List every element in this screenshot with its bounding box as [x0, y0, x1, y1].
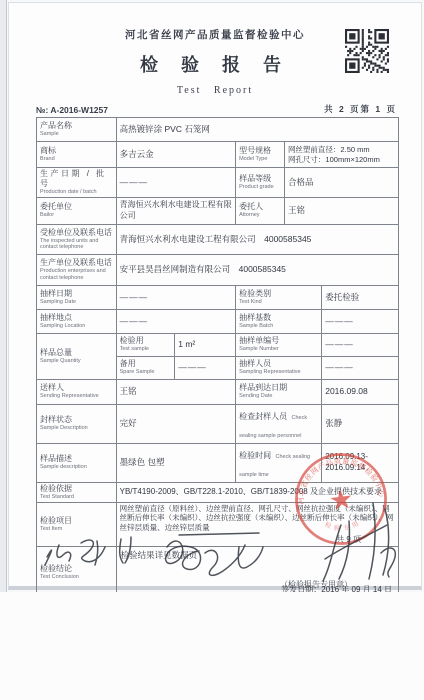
value-seal-checker: 张静 [322, 404, 399, 443]
label-sampling-rep: 抽样人员 Sampling Representative [236, 356, 322, 379]
label-production-date: 生产日期 / 批号 Production date / batch [37, 168, 117, 198]
value-sample-desc: 墨绿色 包塑 [116, 443, 235, 482]
table-row: 生产单位及联系电话 Production enterprises and con… [37, 254, 399, 285]
label-seal-state: 封样状态 Sample Description [37, 404, 117, 443]
table-row: 样品描述 Sample description 墨绿色 包塑 检验时间 Chec… [37, 443, 399, 482]
value-grade: 合格品 [284, 168, 398, 198]
label-brand: 商标 Brand [37, 142, 117, 168]
value-sampling-rep: ——— [322, 356, 399, 379]
label-spare-sample: 备用 Spare Sample [116, 356, 175, 379]
label-sample-batch: 抽样基数 Sample Batch [236, 309, 322, 333]
label-model: 型号规格 Model Type [236, 142, 285, 168]
label-inspected-unit: 受检单位及联系电话 The inspected units and contac… [37, 224, 117, 254]
value-model: 网丝塑前直径：2.50 mm 网孔尺寸：100mm×120mm [284, 142, 398, 168]
label-sampling-date: 抽样日期 Sampling Date [37, 285, 117, 309]
label-producer-unit: 生产单位及联系电话 Production enterprises and con… [37, 254, 117, 285]
value-sample: 高热镀锌涂 PVC 石笼网 [116, 118, 398, 142]
value-producer-unit: 安平县昊昌丝网制造有限公司 4000585345 [116, 254, 398, 285]
label-sending-date: 样品到达日期 Sending Date [236, 379, 322, 404]
value-check-time: 2016.09.13-2016.09.14 [322, 443, 399, 482]
value-sample-batch: ——— [322, 309, 399, 333]
qr-code [345, 29, 389, 73]
table-row: 商标 Brand 多吉云金 型号规格 Model Type 网丝塑前直径：2.5… [37, 142, 399, 168]
report-subtitle: Test Report [9, 85, 421, 96]
value-seal-state: 完好 [116, 404, 235, 443]
test-item-count: 共 9 项 [120, 534, 395, 545]
label-sample-quantity: 样品总量 Sample Quantity [37, 333, 117, 379]
value-inspected-unit: 青海恒兴水利水电建设工程有限公司 4000585345 [116, 224, 398, 254]
label-conclusion: 检验结论 Test Conclusion [37, 546, 117, 598]
value-sample-number: ——— [322, 333, 399, 356]
scanner-background [0, 592, 424, 700]
value-sending-rep: 王铭 [116, 379, 235, 404]
label-attorney: 委托人 Attorney [236, 197, 285, 224]
label-test-kind: 检验类别 Test Kind [236, 285, 322, 309]
value-brand: 多吉云金 [116, 142, 235, 168]
label-test-sample: 检验用 Test sample [116, 333, 175, 356]
table-row: 封样状态 Sample Description 完好 检查封样人员 Check … [37, 404, 399, 443]
scan-edge [0, 0, 7, 592]
report-table: 产品名称 Sample 高热镀锌涂 PVC 石笼网 商标 Brand 多吉云金 … [36, 117, 399, 620]
label-bailor: 委托单位 Bailor [37, 197, 117, 224]
table-row: 检验项目 Test Item 网丝塑前直径（原料丝）、边丝塑前直径、网孔尺寸、网… [37, 502, 399, 546]
value-conclusion: 检验结果详见数据页 （检验报告专用章） 签发日期：2016 年 09 月 14 … [116, 546, 398, 598]
label-sample-number: 抽样单编号 Sample Number [236, 333, 322, 356]
value-test-standard: YB/T4190-2009、GB/T228.1-2010、GB/T1839-20… [116, 482, 398, 502]
label-sample: 产品名称 Sample [37, 118, 117, 142]
label-sampling-location: 抽样地点 Sampling Location [37, 309, 117, 333]
label-check-time: 检验时间 Check sealing sample time [236, 443, 322, 482]
value-test-kind: 委托检验 [322, 285, 399, 309]
value-sampling-location: ——— [116, 309, 235, 333]
table-row: 受检单位及联系电话 The inspected units and contac… [37, 224, 399, 254]
table-row: 抽样地点 Sampling Location ——— 抽样基数 Sample B… [37, 309, 399, 333]
value-sending-date: 2016.09.08 [322, 379, 399, 404]
table-row: 样品总量 Sample Quantity 检验用 Test sample 1 m… [37, 333, 399, 356]
table-row: 检验依据 Test Standard YB/T4190-2009、GB/T228… [37, 482, 399, 502]
value-test-item: 网丝塑前直径（原料丝）、边丝塑前直径、网孔尺寸、网丝抗拉强度（未编织）、网丝断后… [116, 502, 398, 546]
table-row: 产品名称 Sample 高热镀锌涂 PVC 石笼网 [37, 118, 399, 142]
label-sending-rep: 送样人 Sending Representative [37, 379, 117, 404]
table-row: 检验结论 Test Conclusion 检验结果详见数据页 （检验报告专用章）… [37, 546, 399, 598]
report-number: №: A-2016-W1257 [36, 105, 108, 115]
label-test-item: 检验项目 Test Item [37, 502, 117, 546]
value-bailor: 青海恒兴水利水电建设工程有限公司 [116, 197, 235, 224]
value-spare-sample: ——— [175, 356, 236, 379]
table-row: 委托单位 Bailor 青海恒兴水利水电建设工程有限公司 委托人 Attorne… [37, 197, 399, 224]
value-production-date: ——— [116, 168, 235, 198]
page-count: 共 2 页第 1 页 [324, 103, 397, 115]
table-row: 生产日期 / 批号 Production date / batch ——— 样品… [37, 168, 399, 198]
label-sample-desc: 样品描述 Sample description [37, 443, 117, 482]
label-grade: 样品等级 Product grade [236, 168, 285, 198]
value-test-sample: 1 m² [175, 333, 236, 356]
value-attorney: 王铭 [284, 197, 398, 224]
report-meta: №: A-2016-W1257 共 2 页第 1 页 [36, 103, 397, 115]
label-seal-checker: 检查封样人员 Check sealing sample personnel [236, 404, 322, 443]
table-row: 送样人 Sending Representative 王铭 样品到达日期 Sen… [37, 379, 399, 404]
label-test-standard: 检验依据 Test Standard [37, 482, 117, 502]
report-page: 河北省丝网产品质量监督检验中心 检 验 报 告 Test Report №: A… [8, 2, 422, 590]
table-row: 抽样日期 Sampling Date ——— 检验类别 Test Kind 委托… [37, 285, 399, 309]
value-sampling-date: ——— [116, 285, 235, 309]
